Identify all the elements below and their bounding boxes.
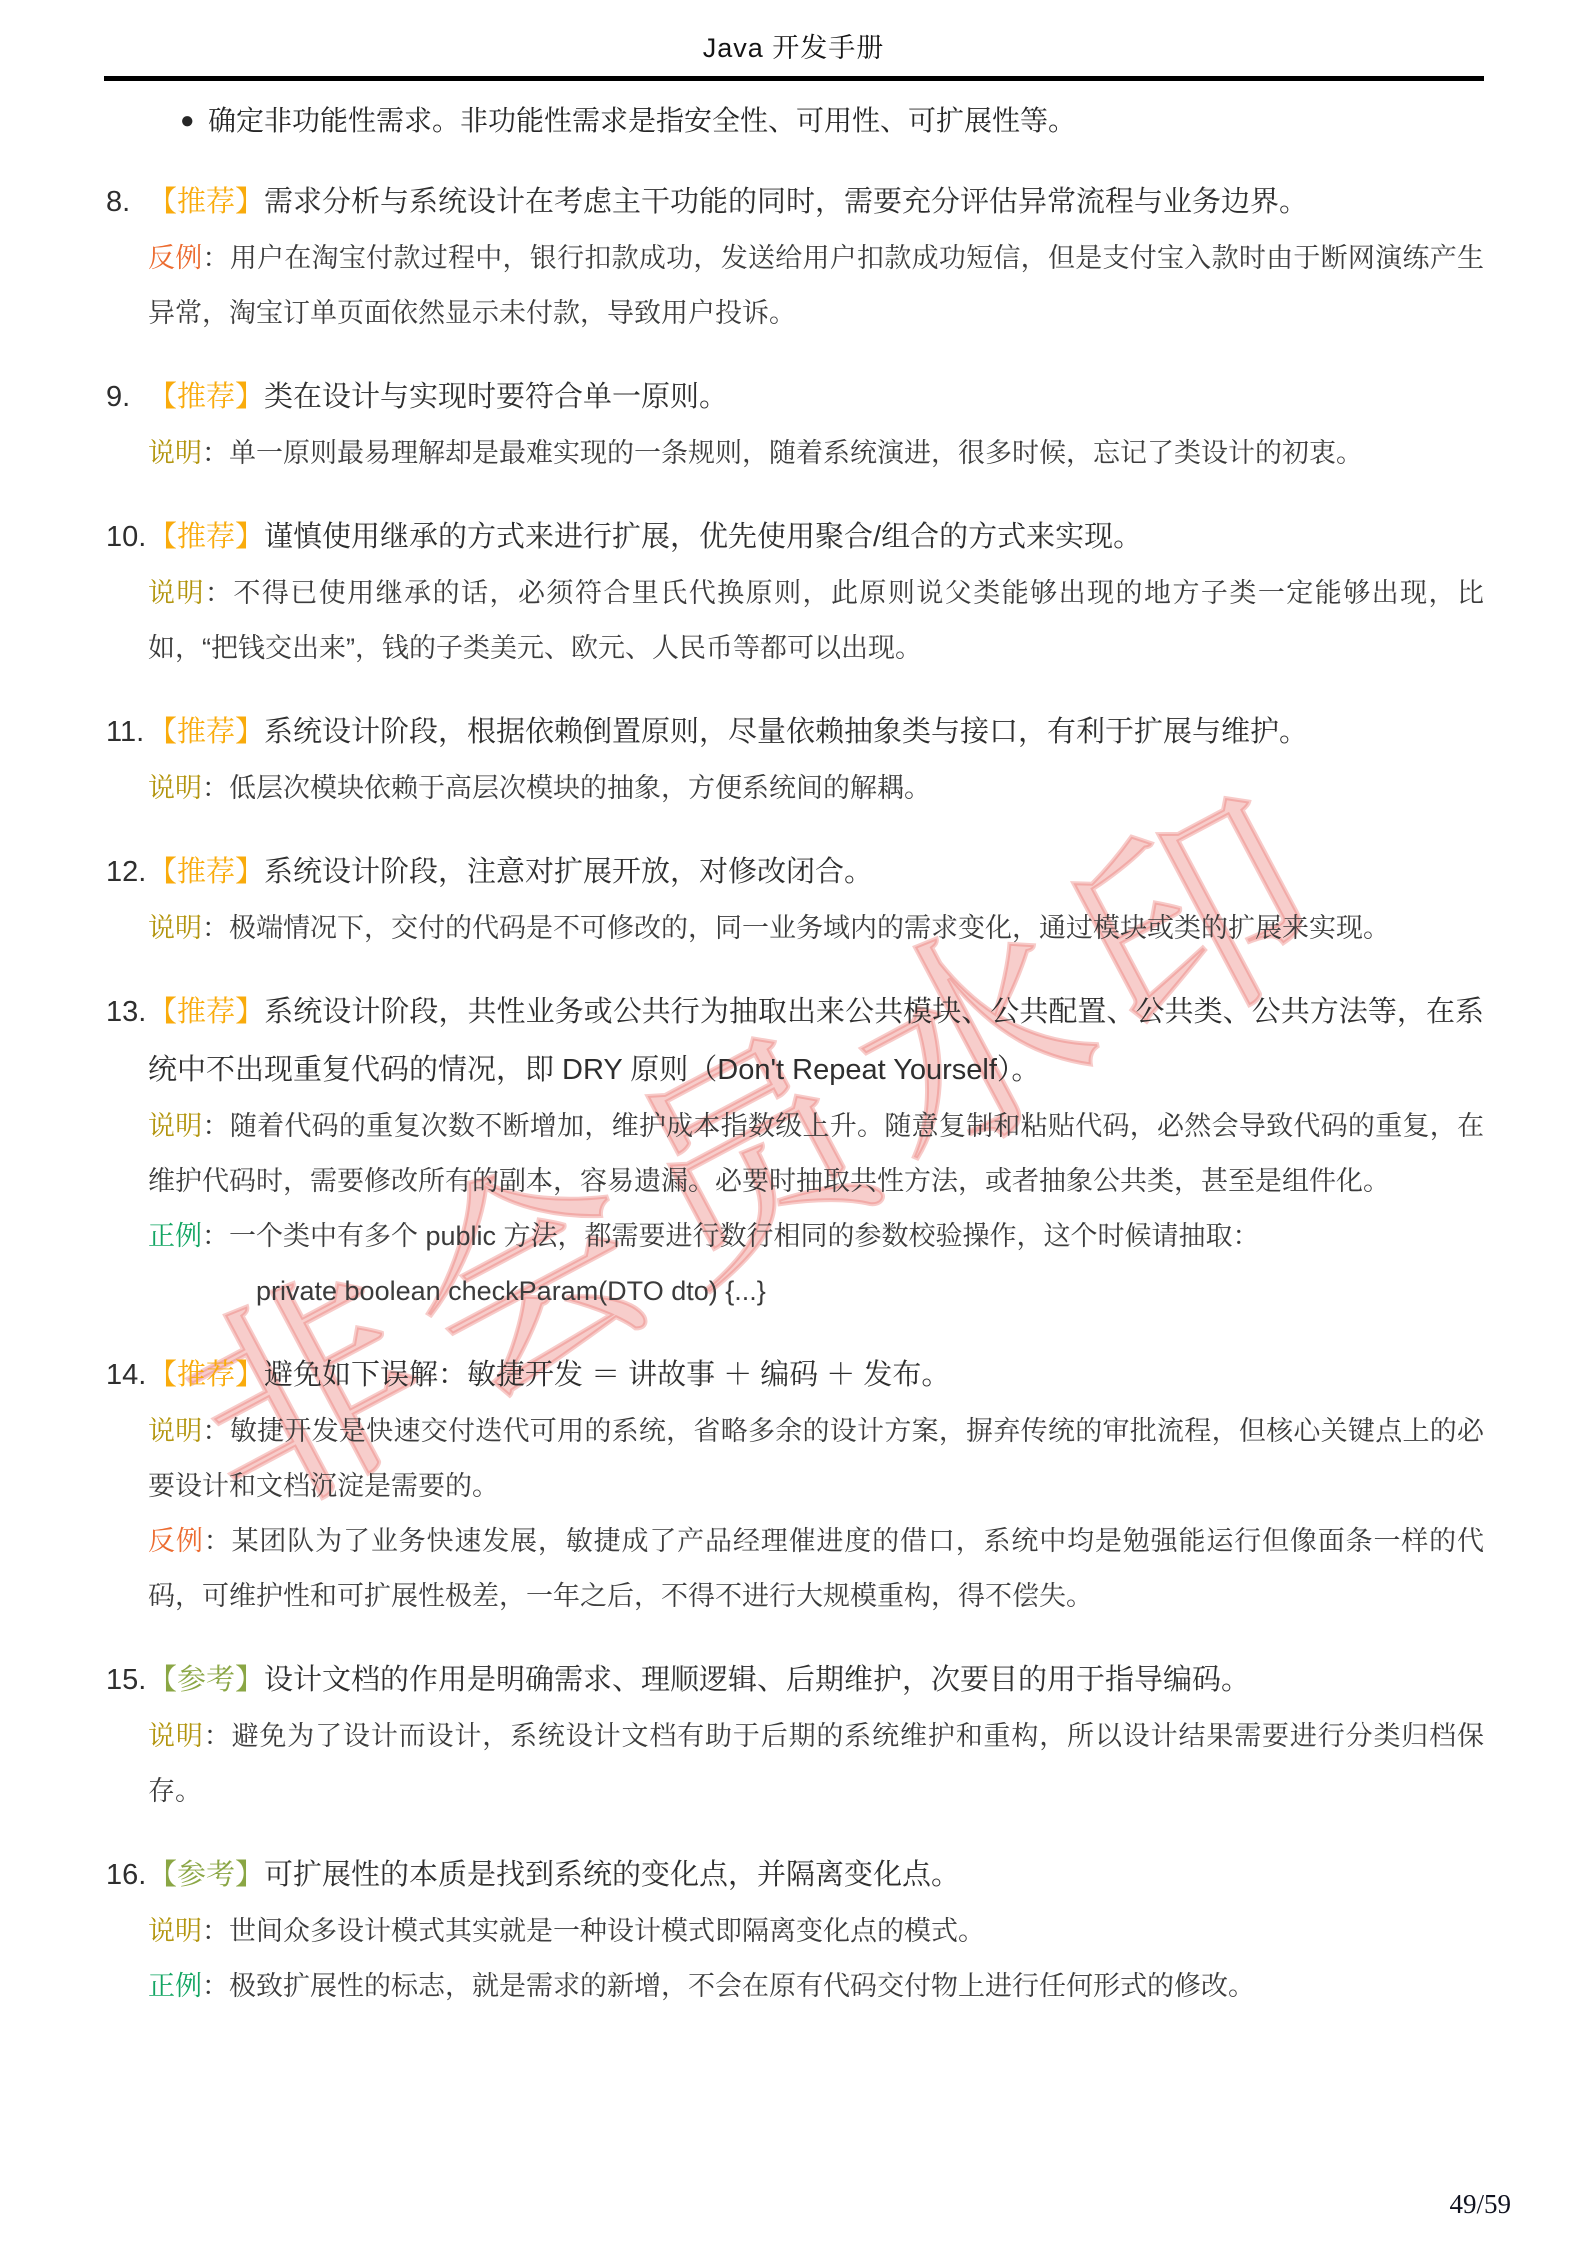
- note-text: 某团队为了业务快速发展，敏捷成了产品经理催进度的借口，系统中均是勉强能运行但像面…: [148, 1526, 1484, 1611]
- rule-number: 11.: [106, 703, 144, 761]
- explanation-label: 说明: [148, 773, 202, 803]
- rule-heading: 【推荐】避免如下误解：敏捷开发 ＝ 讲故事 ＋ 编码 ＋ 发布。: [148, 1346, 1484, 1404]
- explanation-label: 说明: [148, 1416, 203, 1446]
- rule-number: 12.: [106, 843, 146, 901]
- note-text: 单一原则最易理解却是最难实现的一条规则，随着系统演进，很多时候，忘记了类设计的初…: [229, 438, 1363, 468]
- rule-number: 10.: [106, 508, 146, 566]
- note-text: 低层次模块依赖于高层次模块的抽象，方便系统间的解耦。: [229, 773, 931, 803]
- rule-heading: 【推荐】系统设计阶段，共性业务或公共行为抽取出来公共模块、公共配置、公共类、公共…: [148, 983, 1484, 1099]
- rule-heading: 【推荐】谨慎使用继承的方式来进行扩展，优先使用聚合/组合的方式来实现。: [148, 508, 1484, 566]
- rule-item-9: 9. 【推荐】类在设计与实现时要符合单一原则。 说明：单一原则最易理解却是最难实…: [104, 368, 1484, 481]
- recommend-tag: 【推荐】: [148, 1359, 264, 1391]
- note-text: 敏捷开发是快速交付迭代可用的系统，省略多余的设计方案，摒弃传统的审批流程，但核心…: [148, 1416, 1484, 1501]
- counter-example-label: 反例: [148, 243, 203, 273]
- recommend-tag: 【推荐】: [148, 186, 264, 218]
- rule-item-14: 14. 【推荐】避免如下误解：敏捷开发 ＝ 讲故事 ＋ 编码 ＋ 发布。 说明：…: [104, 1346, 1484, 1624]
- rule-heading: 【参考】可扩展性的本质是找到系统的变化点，并隔离变化点。: [148, 1846, 1484, 1904]
- label-colon: ：: [202, 773, 229, 803]
- rule-heading: 【推荐】类在设计与实现时要符合单一原则。: [148, 368, 1484, 426]
- recommend-tag: 【推荐】: [148, 381, 264, 413]
- label-colon: ：: [202, 913, 229, 943]
- note-text: 极致扩展性的标志，就是需求的新增，不会在原有代码交付物上进行任何形式的修改。: [229, 1971, 1255, 2001]
- label-colon: ：: [202, 1916, 229, 1946]
- note-text: 极端情况下，交付的代码是不可修改的，同一业务域内的需求变化，通过模块或类的扩展来…: [229, 913, 1390, 943]
- bullet-item: ● 确定非功能性需求。非功能性需求是指安全性、可用性、可扩展性等。: [104, 96, 1484, 146]
- rule-item-15: 15. 【参考】设计文档的作用是明确需求、理顺逻辑、后期维护，次要目的用于指导编…: [104, 1651, 1484, 1819]
- rule-title: 谨慎使用继承的方式来进行扩展，优先使用聚合/组合的方式来实现。: [264, 521, 1142, 553]
- counter-example-label: 反例: [148, 1526, 204, 1556]
- reference-tag: 【参考】: [148, 1859, 264, 1891]
- page-header-title: Java 开发手册: [0, 26, 1587, 65]
- rule-title: 系统设计阶段，注意对扩展开放，对修改闭合。: [264, 856, 873, 888]
- rule-item-11: 11. 【推荐】系统设计阶段，根据依赖倒置原则，尽量依赖抽象类与接口，有利于扩展…: [104, 703, 1484, 816]
- note-paragraph: 说明：避免为了设计而设计，系统设计文档有助于后期的系统维护和重构，所以设计结果需…: [148, 1709, 1484, 1819]
- reference-tag: 【参考】: [148, 1664, 264, 1696]
- note-text: 世间众多设计模式其实就是一种设计模式即隔离变化点的模式。: [229, 1916, 985, 1946]
- label-colon: ：: [203, 243, 230, 273]
- rule-heading: 【推荐】系统设计阶段，根据依赖倒置原则，尽量依赖抽象类与接口，有利于扩展与维护。: [148, 703, 1484, 761]
- note-text: 避免为了设计而设计，系统设计文档有助于后期的系统维护和重构，所以设计结果需要进行…: [148, 1721, 1484, 1806]
- note-text: 不得已使用继承的话，必须符合里氏代换原则，此原则说父类能够出现的地方子类一定能够…: [148, 578, 1484, 663]
- note-paragraph: 说明：低层次模块依赖于高层次模块的抽象，方便系统间的解耦。: [148, 761, 1484, 816]
- recommend-tag: 【推荐】: [148, 856, 264, 888]
- note-paragraph: 反例：用户在淘宝付款过程中，银行扣款成功，发送给用户扣款成功短信，但是支付宝入款…: [148, 231, 1484, 341]
- rule-item-12: 12. 【推荐】系统设计阶段，注意对扩展开放，对修改闭合。 说明：极端情况下，交…: [104, 843, 1484, 956]
- code-snippet: private boolean checkParam(DTO dto) {...…: [148, 1264, 1484, 1319]
- label-colon: ：: [203, 1416, 230, 1446]
- note-text: 一个类中有多个 public 方法，都需要进行数行相同的参数校验操作，这个时候请…: [229, 1221, 1260, 1251]
- note-paragraph: 说明：单一原则最易理解却是最难实现的一条规则，随着系统演进，很多时候，忘记了类设…: [148, 426, 1484, 481]
- explanation-label: 说明: [148, 1916, 202, 1946]
- note-paragraph: 说明：极端情况下，交付的代码是不可修改的，同一业务域内的需求变化，通过模块或类的…: [148, 901, 1484, 956]
- recommend-tag: 【推荐】: [148, 996, 264, 1028]
- page-content: ● 确定非功能性需求。非功能性需求是指安全性、可用性、可扩展性等。 8. 【推荐…: [104, 96, 1484, 2014]
- bullet-icon: ●: [180, 96, 195, 146]
- rule-title: 设计文档的作用是明确需求、理顺逻辑、后期维护，次要目的用于指导编码。: [264, 1664, 1250, 1696]
- document-page: Java 开发手册 非会员水印 ● 确定非功能性需求。非功能性需求是指安全性、可…: [0, 0, 1587, 2245]
- label-colon: ：: [203, 1111, 230, 1141]
- note-paragraph: 反例：某团队为了业务快速发展，敏捷成了产品经理催进度的借口，系统中均是勉强能运行…: [148, 1514, 1484, 1624]
- label-colon: ：: [202, 1221, 229, 1251]
- label-colon: ：: [202, 1971, 229, 2001]
- label-colon: ：: [202, 438, 229, 468]
- explanation-label: 说明: [148, 1111, 203, 1141]
- rule-title: 可扩展性的本质是找到系统的变化点，并隔离变化点。: [264, 1859, 960, 1891]
- note-paragraph: 正例：极致扩展性的标志，就是需求的新增，不会在原有代码交付物上进行任何形式的修改…: [148, 1959, 1484, 2014]
- rule-number: 8.: [106, 173, 130, 231]
- header-divider: [104, 76, 1484, 81]
- positive-example-label: 正例: [148, 1971, 202, 2001]
- rule-title: 避免如下误解：敏捷开发 ＝ 讲故事 ＋ 编码 ＋ 发布。: [264, 1359, 950, 1391]
- rule-heading: 【推荐】需求分析与系统设计在考虑主干功能的同时，需要充分评估异常流程与业务边界。: [148, 173, 1484, 231]
- rule-heading: 【推荐】系统设计阶段，注意对扩展开放，对修改闭合。: [148, 843, 1484, 901]
- rule-item-10: 10. 【推荐】谨慎使用继承的方式来进行扩展，优先使用聚合/组合的方式来实现。 …: [104, 508, 1484, 676]
- bullet-text: 确定非功能性需求。非功能性需求是指安全性、可用性、可扩展性等。: [208, 105, 1076, 136]
- note-paragraph: 说明：世间众多设计模式其实就是一种设计模式即隔离变化点的模式。: [148, 1904, 1484, 1959]
- rule-title: 需求分析与系统设计在考虑主干功能的同时，需要充分评估异常流程与业务边界。: [264, 186, 1308, 218]
- rule-title: 系统设计阶段，共性业务或公共行为抽取出来公共模块、公共配置、公共类、公共方法等，…: [148, 996, 1484, 1086]
- rule-title: 类在设计与实现时要符合单一原则。: [264, 381, 728, 413]
- rule-number: 16.: [106, 1846, 146, 1904]
- label-colon: ：: [204, 1526, 232, 1556]
- rule-item-16: 16. 【参考】可扩展性的本质是找到系统的变化点，并隔离变化点。 说明：世间众多…: [104, 1846, 1484, 2014]
- rule-number: 13.: [106, 983, 146, 1041]
- note-paragraph: 正例：一个类中有多个 public 方法，都需要进行数行相同的参数校验操作，这个…: [148, 1209, 1484, 1264]
- note-paragraph: 说明：随着代码的重复次数不断增加，维护成本指数级上升。随意复制和粘贴代码，必然会…: [148, 1099, 1484, 1209]
- rule-item-8: 8. 【推荐】需求分析与系统设计在考虑主干功能的同时，需要充分评估异常流程与业务…: [104, 173, 1484, 341]
- explanation-label: 说明: [148, 438, 202, 468]
- label-colon: ：: [205, 578, 233, 608]
- rule-heading: 【参考】设计文档的作用是明确需求、理顺逻辑、后期维护，次要目的用于指导编码。: [148, 1651, 1484, 1709]
- rule-number: 9.: [106, 368, 130, 426]
- rule-number: 15.: [106, 1651, 146, 1709]
- rule-title: 系统设计阶段，根据依赖倒置原则，尽量依赖抽象类与接口，有利于扩展与维护。: [264, 716, 1308, 748]
- label-colon: ：: [204, 1721, 232, 1751]
- explanation-label: 说明: [148, 1721, 204, 1751]
- recommend-tag: 【推荐】: [148, 716, 264, 748]
- note-text: 随着代码的重复次数不断增加，维护成本指数级上升。随意复制和粘贴代码，必然会导致代…: [148, 1111, 1484, 1196]
- rule-number: 14.: [106, 1346, 146, 1404]
- recommend-tag: 【推荐】: [148, 521, 264, 553]
- explanation-label: 说明: [148, 913, 202, 943]
- page-number: 49/59: [1449, 2189, 1511, 2220]
- note-paragraph: 说明：不得已使用继承的话，必须符合里氏代换原则，此原则说父类能够出现的地方子类一…: [148, 566, 1484, 676]
- positive-example-label: 正例: [148, 1221, 202, 1251]
- rule-item-13: 13. 【推荐】系统设计阶段，共性业务或公共行为抽取出来公共模块、公共配置、公共…: [104, 983, 1484, 1319]
- note-text: 用户在淘宝付款过程中，银行扣款成功，发送给用户扣款成功短信，但是支付宝入款时由于…: [148, 243, 1484, 328]
- note-paragraph: 说明：敏捷开发是快速交付迭代可用的系统，省略多余的设计方案，摒弃传统的审批流程，…: [148, 1404, 1484, 1514]
- explanation-label: 说明: [148, 578, 205, 608]
